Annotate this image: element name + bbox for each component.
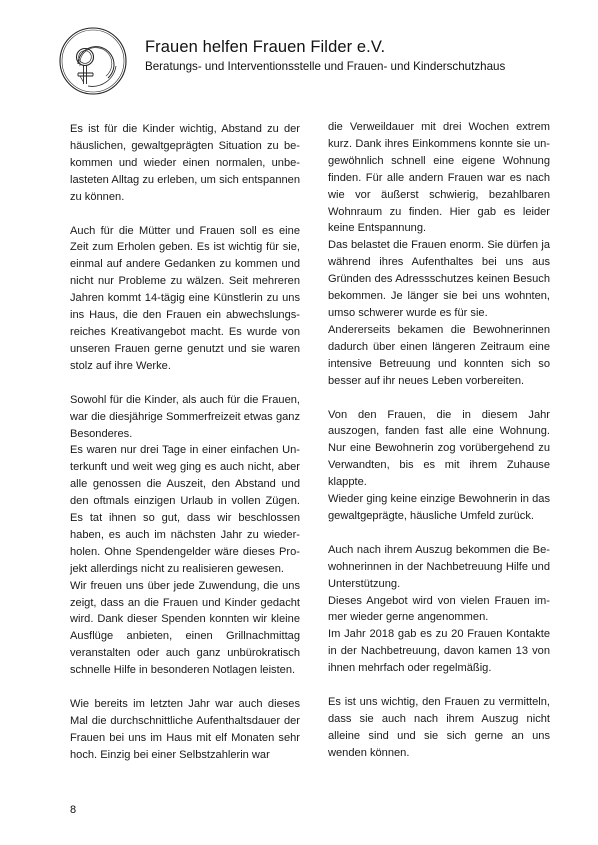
paragraph: die Verweildauer mit drei Wochen extrem … bbox=[328, 119, 550, 237]
right-text-column: die Verweildauer mit drei Wochen extrem … bbox=[328, 119, 550, 762]
paragraph: Sowohl für die Kinder, als auch für die … bbox=[70, 392, 300, 443]
page-number: 8 bbox=[70, 804, 76, 816]
paragraph: Andererseits bekamen die Bewohnerinnen d… bbox=[328, 322, 550, 390]
organization-subtitle: Beratungs- und Interventionsstelle und F… bbox=[145, 60, 505, 73]
paragraph: Es ist für die Kinder wichtig, Abstand z… bbox=[70, 121, 300, 206]
paragraph: Wieder ging keine einzige Bewohnerin in … bbox=[328, 491, 550, 525]
paragraph: Im Jahr 2018 gab es zu 20 Frauen Kontakt… bbox=[328, 626, 550, 677]
page-header: Frauen helfen Frauen Filder e.V. Beratun… bbox=[0, 0, 598, 110]
paragraph: Von den Frauen, die in diesem Jahr auszo… bbox=[328, 407, 550, 492]
paragraph: Es waren nur drei Tage in einer einfache… bbox=[70, 442, 300, 577]
paragraph: Es ist uns wichtig, den Frauen zu vermit… bbox=[328, 694, 550, 762]
paragraph: Dieses Angebot wird von vielen Frauen im… bbox=[328, 593, 550, 627]
paragraph: Wir freuen uns über jede Zuwendung, die … bbox=[70, 578, 300, 679]
venus-symbol-circle-logo-icon bbox=[58, 26, 128, 96]
paragraph: Das belastet die Frauen enorm. Sie dürfe… bbox=[328, 237, 550, 322]
paragraph: Auch nach ihrem Auszug bekommen die Be­w… bbox=[328, 542, 550, 593]
organization-name: Frauen helfen Frauen Filder e.V. bbox=[145, 38, 385, 57]
paragraph: Wie bereits im letzten Jahr war auch die… bbox=[70, 696, 300, 764]
left-text-column: Es ist für die Kinder wichtig, Abstand z… bbox=[70, 121, 300, 764]
paragraph: Auch für die Mütter und Frauen soll es e… bbox=[70, 223, 300, 375]
